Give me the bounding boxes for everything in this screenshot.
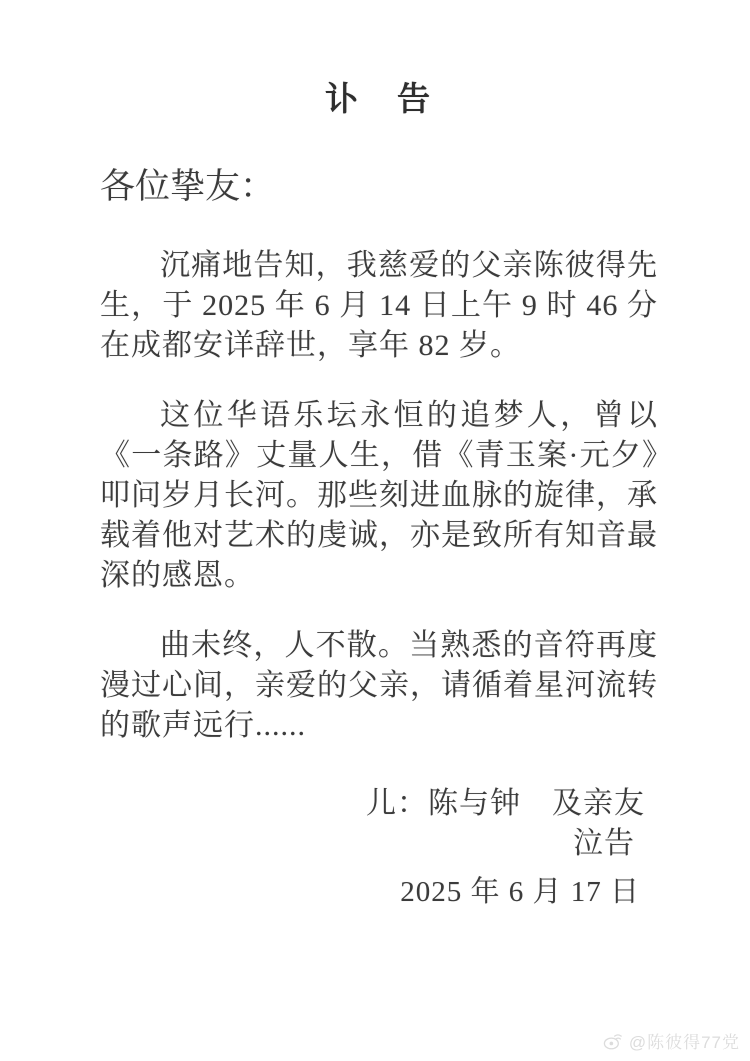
signature-block: 儿：陈与钟 及亲友 泣告 2025 年 6 月 17 日 (100, 784, 658, 912)
obituary-date: 2025 年 6 月 17 日 (100, 872, 658, 912)
paragraph-death-announcement: 沉痛地告知，我慈爱的父亲陈彼得先生，于 2025 年 6 月 14 日上午 9 … (100, 246, 658, 366)
page-title: 讣 告 (100, 80, 658, 120)
watermark-handle: @陈彼得77党 (629, 1028, 740, 1053)
paragraph-farewell: 曲未终，人不散。当熟悉的音符再度漫过心间，亲爱的父亲，请循着星河流转的歌声远行.… (100, 626, 658, 746)
paragraph-tribute: 这位华语乐坛永恒的追梦人，曾以《一条路》丈量人生，借《青玉案·元夕》叩问岁月长河… (100, 396, 658, 596)
weibo-logo-icon (602, 1032, 624, 1050)
obituary-document: 讣 告 各位挚友： 沉痛地告知，我慈爱的父亲陈彼得先生，于 2025 年 6 月… (0, 0, 750, 912)
watermark: @陈彼得77党 (602, 1028, 740, 1053)
signature-mourners: 儿：陈与钟 及亲友 (100, 784, 658, 824)
signature-weep-announce: 泣告 (100, 824, 658, 864)
salutation: 各位挚友： (100, 164, 658, 210)
